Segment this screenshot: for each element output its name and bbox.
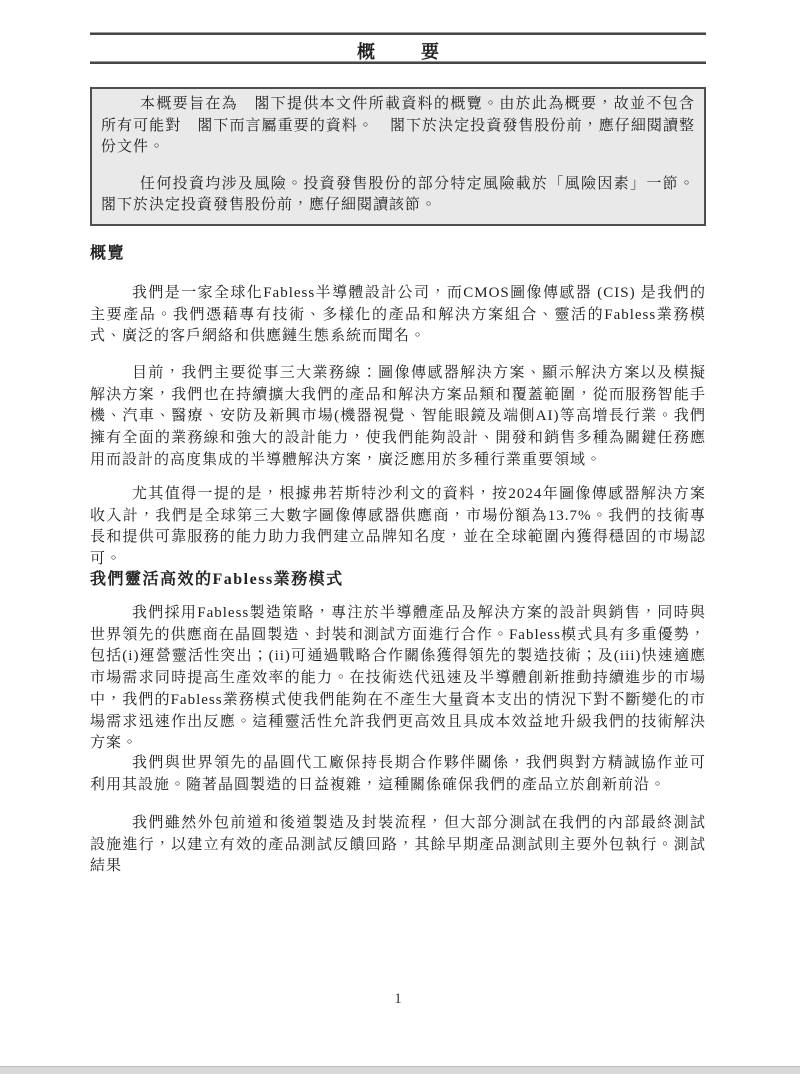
fabless-paragraph-1: 我們採用Fabless製造策略，專注於半導體產品及解決方案的設計與銷售，同時與世…: [90, 603, 706, 755]
page-title: 概 要: [90, 38, 706, 64]
section-heading-fabless-model: 我們靈活高效的Fabless業務模式: [90, 566, 706, 589]
page-bottom-edge: [0, 1066, 800, 1074]
notice-box: 本概要旨在為 閣下提供本文件所載資料的概覽。由於此為概要，故並不包含所有可能對 …: [90, 87, 706, 226]
header-rule-top: [90, 33, 706, 35]
notice-paragraph-1: 本概要旨在為 閣下提供本文件所載資料的概覽。由於此為概要，故並不包含所有可能對 …: [101, 94, 695, 159]
fabless-paragraph-2: 我們與世界領先的晶圓代工廠保持長期合作夥伴關係，我們與對方精誠協作並可利用其設施…: [90, 753, 706, 796]
header-rule-bottom: [90, 62, 706, 64]
prospectus-summary-page: 概 要 本概要旨在為 閣下提供本文件所載資料的概覽。由於此為概要，故並不包含所有…: [0, 0, 800, 1074]
notice-paragraph-2: 任何投資均涉及風險。投資發售股份的部分特定風險載於「風險因素」一節。 閣下於決定…: [101, 174, 695, 217]
overview-paragraph-2: 目前，我們主要從事三大業務線：圖像傳感器解決方案、顯示解決方案以及模擬解決方案，…: [90, 363, 706, 472]
section-heading-overview: 概覽: [90, 240, 706, 263]
overview-paragraph-1: 我們是一家全球化Fabless半導體設計公司，而CMOS圖像傳感器 (CIS) …: [90, 283, 706, 348]
overview-paragraph-3: 尤其值得一提的是，根據弗若斯特沙利文的資料，按2024年圖像傳感器解決方案收入計…: [90, 484, 706, 571]
page-number: 1: [0, 991, 796, 1008]
fabless-paragraph-3: 我們雖然外包前道和後道製造及封裝流程，但大部分測試在我們的內部最終測試設施進行，…: [90, 813, 706, 878]
